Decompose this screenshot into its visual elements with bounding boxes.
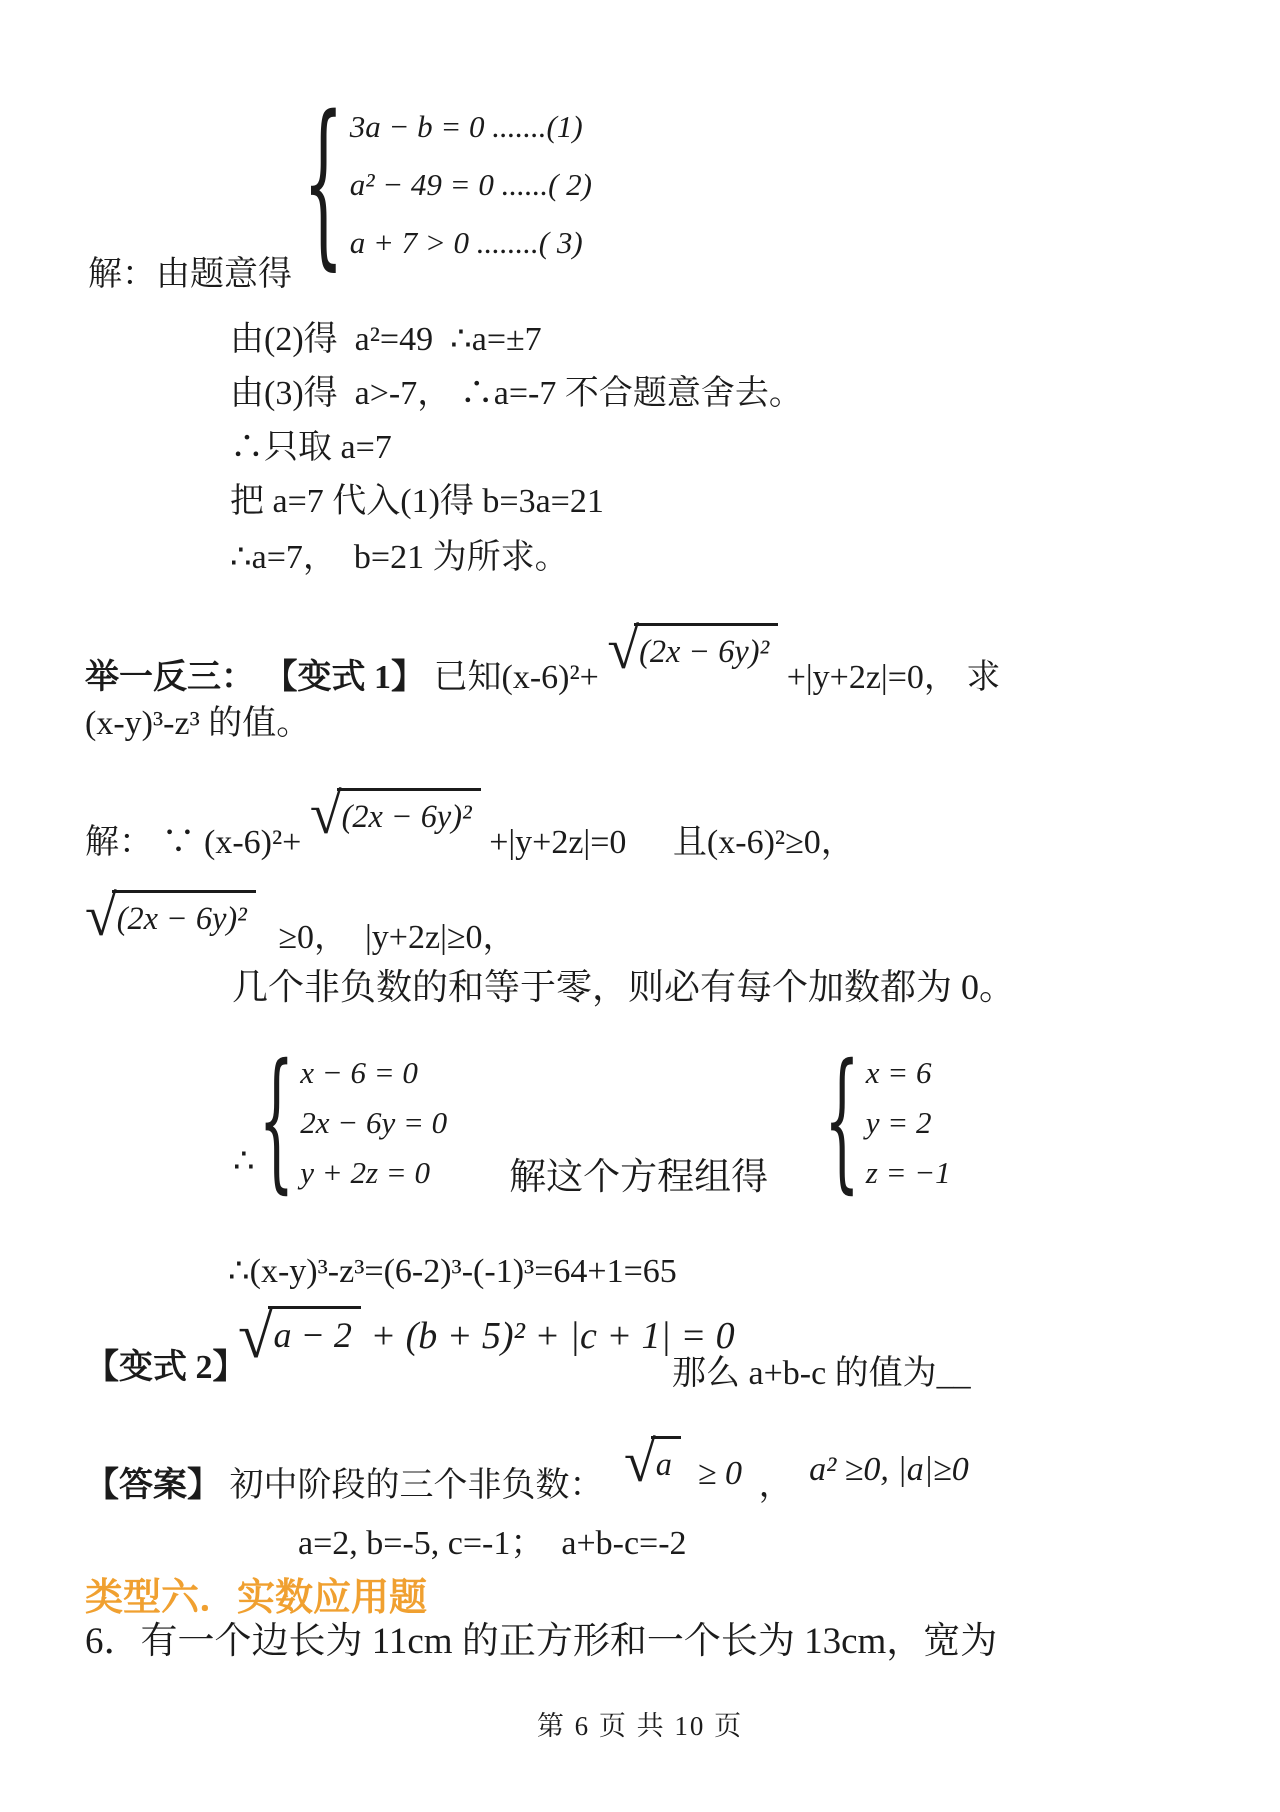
solution1-step-3: ∴只取 a=7 (230, 426, 392, 470)
solution1-step-1: 由(2)得 a²=49 ∴a=±7 (230, 318, 542, 362)
answer-values: a=2, b=-5, c=-1； a+b-c=-2 (298, 1522, 687, 1566)
variation1-lead: 举一反三： (85, 659, 255, 696)
equation-system-2: ∴ { x − 6 = 0 2x − 6y = 0 y + 2z = 0 解这个… (233, 1048, 951, 1198)
radicand: a − 2 (268, 1306, 360, 1358)
solution2-line: 解： ∵ (x-6)²+ √(2x − 6y)² +|y+2z|=0 且(x-6… (85, 805, 855, 865)
equation-system-2-right: { x = 6 y = 2 z = −1 (824, 1048, 951, 1198)
nonnegative-post: ≥0， |y+2z|≥0， (278, 919, 516, 956)
variation1-pre: 已知(x-6)²+ (434, 659, 599, 696)
solution-line-1: x = 6 (866, 1048, 951, 1098)
solution-line-3: z = −1 (866, 1148, 951, 1198)
solve-system-text: 解这个方程组得 (509, 1154, 768, 1202)
variation1-line: 举一反三： 【变式 1】 已知(x-6)²+ √(2x − 6y)² +|y+2… (85, 640, 1000, 700)
radicand: (2x − 6y)² (337, 788, 481, 840)
radicand: (2x − 6y)² (634, 623, 778, 675)
equation-line-3: a + 7 > 0 ........( 3) (350, 214, 592, 272)
solution2-post: +|y+2z|=0 (489, 824, 626, 861)
solution1-step-5: ∴a=7， b=21 为所求。 (230, 536, 569, 580)
equation-system-2-right-lines: x = 6 y = 2 z = −1 (866, 1048, 951, 1198)
radicand: (2x − 6y)² (112, 890, 256, 942)
answer-line: 【答案】 初中阶段的三个非负数： √a ≥ 0 ， a² ≥0, |a|≥0 (85, 1448, 969, 1508)
radical-sign-icon: √ (310, 785, 342, 843)
document-page: { 3a − b = 0 .......(1) a² − 49 = 0 ....… (0, 0, 1280, 1812)
radical-expression: √a (624, 1436, 681, 1494)
radical-expression: √a − 2 (238, 1306, 361, 1371)
radical-sign-icon: √ (607, 620, 639, 678)
variation2-formula: √a − 2 + (b + 5)² + |c + 1| = 0 (238, 1306, 735, 1371)
conclusion-line: ∴(x-y)³-z³=(6-2)³-(-1)³=64+1=65 (228, 1250, 677, 1294)
equation-system-2-left: { x − 6 = 0 2x − 6y = 0 y + 2z = 0 (259, 1048, 448, 1198)
equation-line-2: 2x − 6y = 0 (300, 1098, 447, 1148)
page-number: 第 6 页 共 10 页 (0, 1704, 1280, 1743)
radical-expression: √(2x − 6y)² (85, 890, 256, 948)
equation-line-3: y + 2z = 0 (300, 1148, 447, 1198)
answer-tag: 【答案】 (85, 1467, 221, 1504)
solution1-step-4: 把 a=7 代入(1)得 b=3a=21 (230, 480, 604, 524)
radical-sign-icon: √ (624, 1433, 656, 1491)
principle-line: 几个非负数的和等于零，则必有每个加数都为 0。 (232, 964, 1015, 1011)
answer-text: 初中阶段的三个非负数： (230, 1467, 604, 1504)
solution-line-2: y = 2 (866, 1098, 951, 1148)
variation2-suffix: 那么 a+b-c 的值为__ (672, 1352, 971, 1396)
radical-sign-icon: √ (85, 887, 117, 945)
answer-math1-rest: ≥ 0 (689, 1455, 742, 1492)
variation2-post: + (b + 5)² + |c + 1| = 0 (361, 1306, 735, 1358)
solution2-label: 解： (85, 824, 153, 861)
equation-system-2-left-lines: x − 6 = 0 2x − 6y = 0 y + 2z = 0 (300, 1048, 447, 1198)
equation-line-1: x − 6 = 0 (300, 1048, 447, 1098)
radical-expression: √(2x − 6y)² (607, 623, 778, 681)
therefore-symbol: ∴ (233, 1140, 255, 1184)
variation2-tag: 【变式 2】 (85, 1346, 247, 1390)
nonnegative-line: √(2x − 6y)² ≥0， |y+2z|≥0， (85, 900, 517, 960)
variation1-tag: 【变式 1】 (264, 659, 426, 696)
equation-system-1-lines: 3a − b = 0 .......(1) a² − 49 = 0 ......… (350, 98, 592, 272)
equation-line-2: a² − 49 = 0 ......( 2) (350, 156, 592, 214)
solution1-step-2: 由(3)得 a>-7， ∴a=-7 不合题意舍去。 (230, 372, 803, 416)
solution2-condition: 且(x-6)²≥0， (673, 824, 855, 861)
section-heading: 类型六．实数应用题 (85, 1566, 427, 1621)
radical-sign-icon: √ (238, 1303, 273, 1368)
answer-math2: a² ≥0, |a|≥0 (809, 1451, 969, 1488)
equation-line-1: 3a − b = 0 .......(1) (350, 98, 592, 156)
variation1-line2: (x-y)³-z³ 的值。 (85, 702, 310, 746)
variation1-post: +|y+2z|=0， 求 (787, 659, 1001, 696)
answer-separator: ， (759, 1467, 793, 1504)
equation-system-1: { 3a − b = 0 .......(1) a² − 49 = 0 ....… (303, 98, 592, 272)
left-brace-icon: { (259, 1047, 295, 1198)
left-brace-icon: { (303, 95, 344, 274)
problem6-text: 6．有一个边长为 11cm 的正方形和一个长为 13cm，宽为 (85, 1618, 997, 1666)
solution1-label: 解：由题意得 (88, 253, 292, 297)
because-symbol: ∵ (162, 824, 196, 861)
radical-expression: √(2x − 6y)² (310, 788, 481, 846)
left-brace-icon: { (824, 1047, 860, 1198)
solution2-pre: (x-6)²+ (204, 824, 301, 861)
